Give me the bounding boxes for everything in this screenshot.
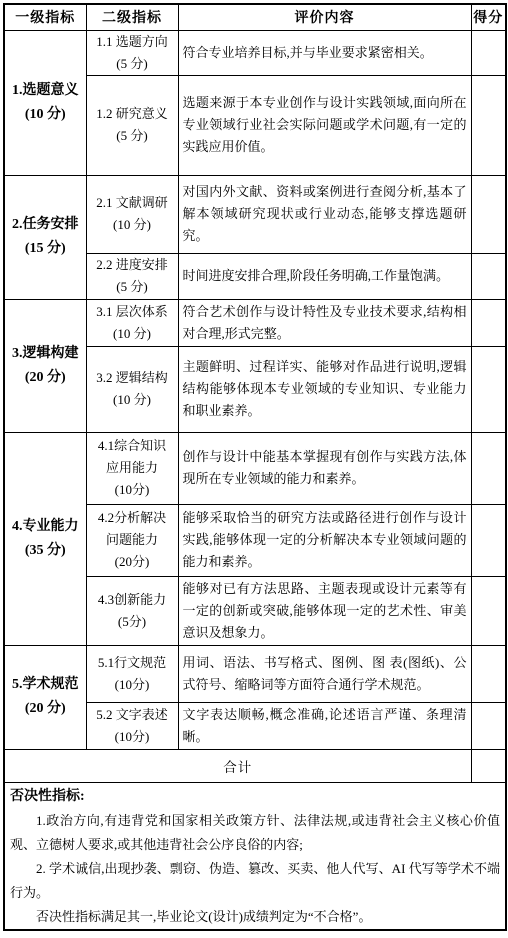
header-evaluation-content: 评价内容 (178, 4, 471, 30)
score-input-cell[interactable] (471, 75, 506, 175)
level2-label: 3.2 逻辑结构 (89, 367, 176, 389)
level1-label: 4.专业能力 (5, 515, 86, 539)
total-row: 合计 (4, 749, 506, 782)
score-input-cell[interactable] (471, 346, 506, 432)
level2-indicator-cell: 5.2 文字表述 (10分) (86, 702, 178, 749)
level1-indicator-cell: 3.逻辑构建 (20 分) (4, 299, 86, 432)
level2-label: 1.2 研究意义 (89, 103, 176, 125)
level1-indicator-cell: 4.专业能力 (35 分) (4, 432, 86, 645)
table-row: 5.学术规范 (20 分) 5.1行文规范 (10分) 用词、语法、书写格式、图… (4, 645, 506, 702)
level1-score-label: (35 分) (5, 539, 86, 563)
level2-label: 2.2 进度安排 (89, 254, 176, 276)
level2-score-label: (10分) (89, 726, 176, 748)
level2-label: 5.1行文规范 (89, 652, 176, 674)
level2-indicator-cell: 3.2 逻辑结构 (10 分) (86, 346, 178, 432)
header-score: 得分 (471, 4, 506, 30)
level2-indicator-cell: 4.2分析解决 问题能力 (20分) (86, 504, 178, 576)
level2-indicator-cell: 5.1行文规范 (10分) (86, 645, 178, 702)
evaluation-content-cell: 能够对已有方法思路、主题表现或设计元素等有一定的创新或突破,能够体现一定的艺术性… (178, 576, 471, 645)
header-row: 一级指标 二级指标 评价内容 得分 (4, 4, 506, 30)
level2-indicator-cell: 4.3创新能力 (5分) (86, 576, 178, 645)
score-input-cell[interactable] (471, 30, 506, 75)
veto-item-political: 1.政治方向,有违背党和国家相关政策方针、法律法规,或违背社会主义核心价值观、立… (10, 809, 500, 857)
level2-indicator-cell: 2.2 进度安排 (5 分) (86, 253, 178, 299)
score-input-cell[interactable] (471, 432, 506, 504)
veto-conclusion: 否决性指标满足其一,毕业论文(设计)成绩判定为“不合格”。 (10, 905, 500, 929)
level1-label: 2.任务安排 (5, 213, 86, 237)
level2-score-label: (10 分) (89, 389, 176, 411)
evaluation-content-cell: 创作与设计中能基本掌握现有创作与实践方法,体现所在专业领域的能力和素养。 (178, 432, 471, 504)
level2-score-label: (10分) (89, 674, 176, 696)
level2-indicator-cell: 4.1综合知识 应用能力 (10分) (86, 432, 178, 504)
level2-score-label: (20分) (89, 551, 176, 573)
evaluation-content-cell: 时间进度安排合理,阶段任务明确,工作量饱满。 (178, 253, 471, 299)
level2-score-label: (10 分) (89, 323, 176, 345)
score-input-cell[interactable] (471, 645, 506, 702)
evaluation-content-cell: 文字表达顺畅,概念准确,论述语言严谨、条理清晰。 (178, 702, 471, 749)
evaluation-content-cell: 符合艺术创作与设计特性及专业技术要求,结构相对合理,形式完整。 (178, 299, 471, 346)
level1-label: 5.学术规范 (5, 673, 86, 697)
level1-indicator-cell: 2.任务安排 (15 分) (4, 175, 86, 299)
level2-score-label: (5 分) (89, 53, 176, 75)
level2-indicator-cell: 1.2 研究意义 (5 分) (86, 75, 178, 175)
level2-score-label: (10分) (89, 479, 176, 501)
level1-indicator-cell: 1.选题意义 (10 分) (4, 30, 86, 175)
table-row: 4.专业能力 (35 分) 4.1综合知识 应用能力 (10分) 创作与设计中能… (4, 432, 506, 504)
evaluation-content-cell: 对国内外文献、资料或案例进行查阅分析,基本了解本领域研究现状或行业动态,能够支撑… (178, 175, 471, 253)
evaluation-form-page: 一级指标 二级指标 评价内容 得分 1.选题意义 (10 分) 1.1 选题方向… (0, 0, 508, 938)
score-input-cell[interactable] (471, 175, 506, 253)
level2-label: 5.2 文字表述 (89, 704, 176, 726)
level2-score-label: (5分) (89, 611, 176, 633)
level2-label: 4.2分析解决 问题能力 (89, 507, 176, 551)
table-row: 2.任务安排 (15 分) 2.1 文献调研 (10 分) 对国内外文献、资料或… (4, 175, 506, 253)
evaluation-content-cell: 选题来源于本专业创作与设计实践领域,面向所在专业领域行业社会实际问题或学术问题,… (178, 75, 471, 175)
level2-score-label: (10 分) (89, 214, 176, 236)
level1-label: 1.选题意义 (5, 79, 86, 103)
veto-item-integrity: 2. 学术诚信,出现抄袭、剽窃、伪造、篡改、买卖、他人代写、AI 代写等学术不端… (10, 857, 500, 905)
header-level1-indicator: 一级指标 (4, 4, 86, 30)
score-input-cell[interactable] (471, 253, 506, 299)
level2-label: 3.1 层次体系 (89, 301, 176, 323)
level1-label: 3.逻辑构建 (5, 342, 86, 366)
level1-score-label: (20 分) (5, 697, 86, 721)
level2-score-label: (5 分) (89, 125, 176, 147)
level1-score-label: (10 分) (5, 103, 86, 127)
total-label-cell: 合计 (4, 749, 471, 782)
table-row: 1.选题意义 (10 分) 1.1 选题方向 (5 分) 符合专业培养目标,并与… (4, 30, 506, 75)
level2-label: 4.3创新能力 (89, 589, 176, 611)
veto-row: 否决性指标: 1.政治方向,有违背党和国家相关政策方针、法律法规,或违背社会主义… (4, 782, 506, 930)
veto-title: 否决性指标: (10, 785, 500, 809)
evaluation-content-cell: 用词、语法、书写格式、图例、图 表(图纸)、公式符号、缩略词等方面符合通行学术规… (178, 645, 471, 702)
score-input-cell[interactable] (471, 576, 506, 645)
table-row: 3.逻辑构建 (20 分) 3.1 层次体系 (10 分) 符合艺术创作与设计特… (4, 299, 506, 346)
level1-indicator-cell: 5.学术规范 (20 分) (4, 645, 86, 749)
level1-score-label: (20 分) (5, 366, 86, 390)
evaluation-rubric-table: 一级指标 二级指标 评价内容 得分 1.选题意义 (10 分) 1.1 选题方向… (3, 3, 507, 931)
level2-label: 1.1 选题方向 (89, 31, 176, 53)
level2-indicator-cell: 3.1 层次体系 (10 分) (86, 299, 178, 346)
score-input-cell[interactable] (471, 504, 506, 576)
level2-label: 4.1综合知识 应用能力 (89, 435, 176, 479)
header-level2-indicator: 二级指标 (86, 4, 178, 30)
level2-indicator-cell: 1.1 选题方向 (5 分) (86, 30, 178, 75)
level2-indicator-cell: 2.1 文献调研 (10 分) (86, 175, 178, 253)
level2-score-label: (5 分) (89, 276, 176, 298)
evaluation-content-cell: 能够采取恰当的研究方法或路径进行创作与设计实践,能够体现一定的分析解决本专业领域… (178, 504, 471, 576)
level1-score-label: (15 分) (5, 237, 86, 261)
total-score-input-cell[interactable] (471, 749, 506, 782)
veto-indicators-cell: 否决性指标: 1.政治方向,有违背党和国家相关政策方针、法律法规,或违背社会主义… (4, 782, 506, 930)
evaluation-content-cell: 符合专业培养目标,并与毕业要求紧密相关。 (178, 30, 471, 75)
level2-label: 2.1 文献调研 (89, 192, 176, 214)
score-input-cell[interactable] (471, 299, 506, 346)
evaluation-content-cell: 主题鲜明、过程详实、能够对作品进行说明,逻辑结构能够体现本专业领域的专业知识、专… (178, 346, 471, 432)
score-input-cell[interactable] (471, 702, 506, 749)
